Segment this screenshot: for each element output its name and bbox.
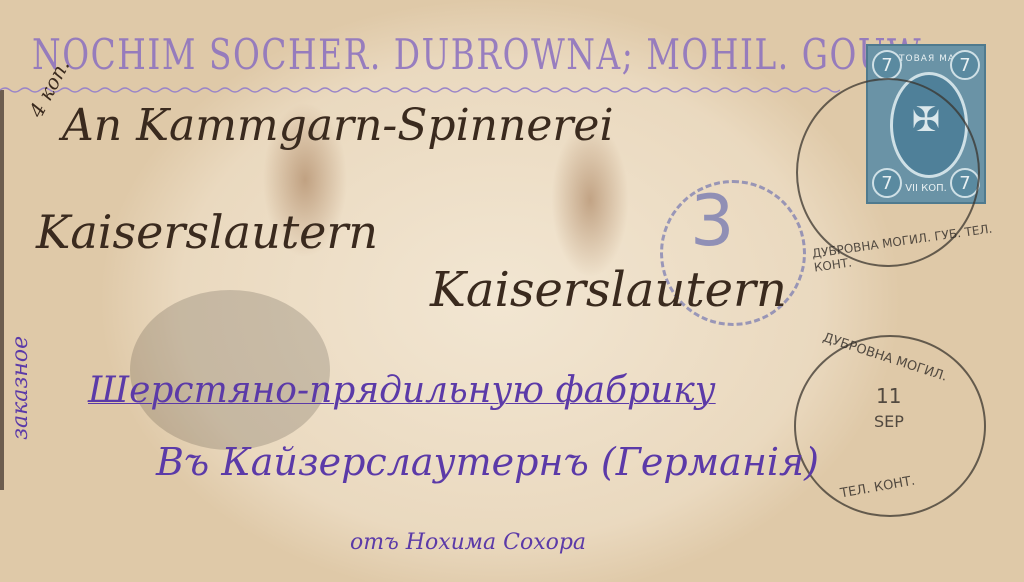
russian-address-line-1: Шерстяно-прядильную фабрику [88, 370, 716, 411]
postmark-month: SEP [874, 412, 904, 431]
wavy-line-divider [0, 86, 840, 94]
registered-side-note: заказное [8, 336, 33, 440]
address-line-3: Kaiserslautern [430, 262, 787, 318]
blue-postmark-numeral: 3 [690, 180, 735, 262]
sender-cachet: NOCHIM SOCHER. DUBROWNA; MOHIL. GOUW. [32, 30, 929, 79]
address-line-1: An Kammgarn-Spinnerei [62, 100, 614, 151]
address-line-2: Kaiserslautern [36, 205, 378, 259]
stamp-corner-denomination: 7 [872, 50, 902, 80]
sender-note: отъ Нохима Сохора [350, 530, 586, 555]
russian-address-line-2: Въ Кайзерслаутернъ (Германія) [156, 440, 819, 484]
postmark-day: 11 [876, 384, 901, 408]
envelope-edge [0, 90, 4, 490]
stamp-corner-denomination: 7 [950, 50, 980, 80]
envelope: NOCHIM SOCHER. DUBROWNA; MOHIL. GOUW. ПО… [0, 0, 1024, 582]
